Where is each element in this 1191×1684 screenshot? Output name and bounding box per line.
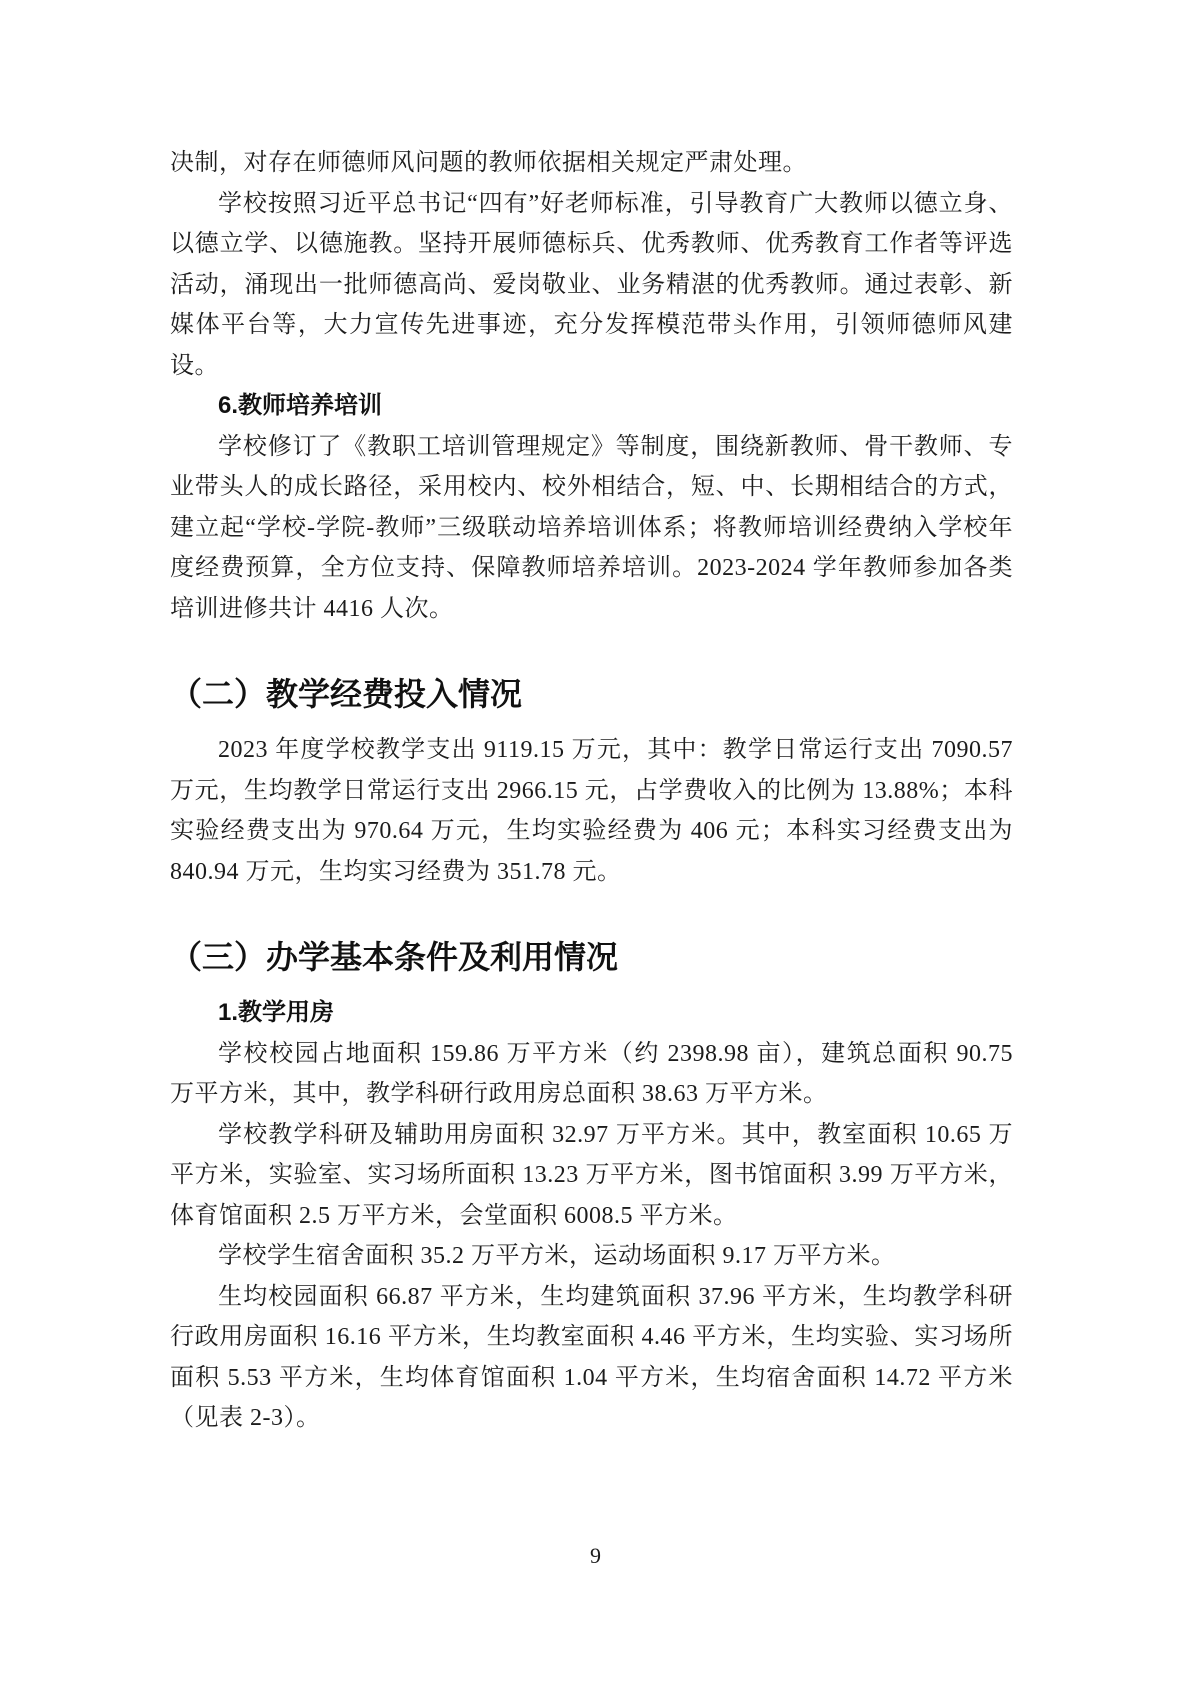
paragraph-teacher-ethics: 学校按照习近平总书记“四有”好老师标准，引导教育广大教师以德立身、以德立学、以德… xyxy=(170,184,1013,387)
page-content: 决制，对存在师德师风问题的教师依据相关规定严肃处理。 学校按照习近平总书记“四有… xyxy=(170,143,1013,1439)
paragraph-dorm-sports-area: 学校学生宿舍面积 35.2 万平方米，运动场面积 9.17 万平方米。 xyxy=(170,1236,1013,1277)
section-heading-teaching-funding: （二）教学经费投入情况 xyxy=(170,669,1013,719)
section-heading-basic-conditions: （三）办学基本条件及利用情况 xyxy=(170,932,1013,982)
subheading-teaching-housing: 1.教学用房 xyxy=(170,993,1013,1034)
page-footer: 9 xyxy=(0,1541,1191,1571)
paragraph-funding-figures: 2023 年度学校教学支出 9119.15 万元，其中：教学日常运行支出 709… xyxy=(170,730,1013,892)
paragraph-training-system: 学校修订了《教职工培训管理规定》等制度，围绕新教师、骨干教师、专业带头人的成长路… xyxy=(170,427,1013,630)
paragraph-campus-area: 学校校园占地面积 159.86 万平方米（约 2398.98 亩），建筑总面积 … xyxy=(170,1034,1013,1115)
paragraph-per-student-area: 生均校园面积 66.87 平方米，生均建筑面积 37.96 平方米，生均教学科研… xyxy=(170,1277,1013,1439)
page-number: 9 xyxy=(590,1543,601,1568)
paragraph-discipline-continuation: 决制，对存在师德师风问题的教师依据相关规定严肃处理。 xyxy=(170,143,1013,184)
subheading-teacher-training: 6.教师培养培训 xyxy=(170,386,1013,427)
paragraph-teaching-aux-area: 学校教学科研及辅助用房面积 32.97 万平方米。其中，教室面积 10.65 万… xyxy=(170,1115,1013,1237)
document-page: 决制，对存在师德师风问题的教师依据相关规定严肃处理。 学校按照习近平总书记“四有… xyxy=(0,0,1191,1684)
